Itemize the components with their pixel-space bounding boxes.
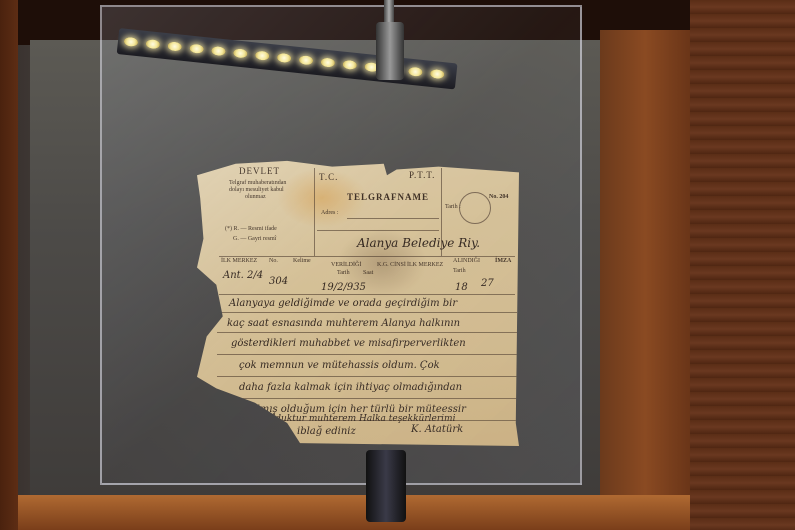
niche-right-wood-side [600,30,690,500]
led-icon [145,39,160,49]
led-icon [299,55,314,65]
led-icon [342,60,357,70]
display-stand-base [366,450,406,522]
led-icon [124,37,139,47]
right-wood-wall [690,0,795,530]
lamp-clamp [376,22,404,80]
led-icon [233,48,248,58]
led-icon [430,69,445,79]
wooden-shelf [18,495,690,530]
led-icon [211,46,226,56]
led-icon [408,67,423,77]
led-icon [189,44,204,54]
led-icon [167,41,182,51]
led-icon [277,53,292,63]
led-icon [255,50,270,60]
led-icon [320,57,335,67]
